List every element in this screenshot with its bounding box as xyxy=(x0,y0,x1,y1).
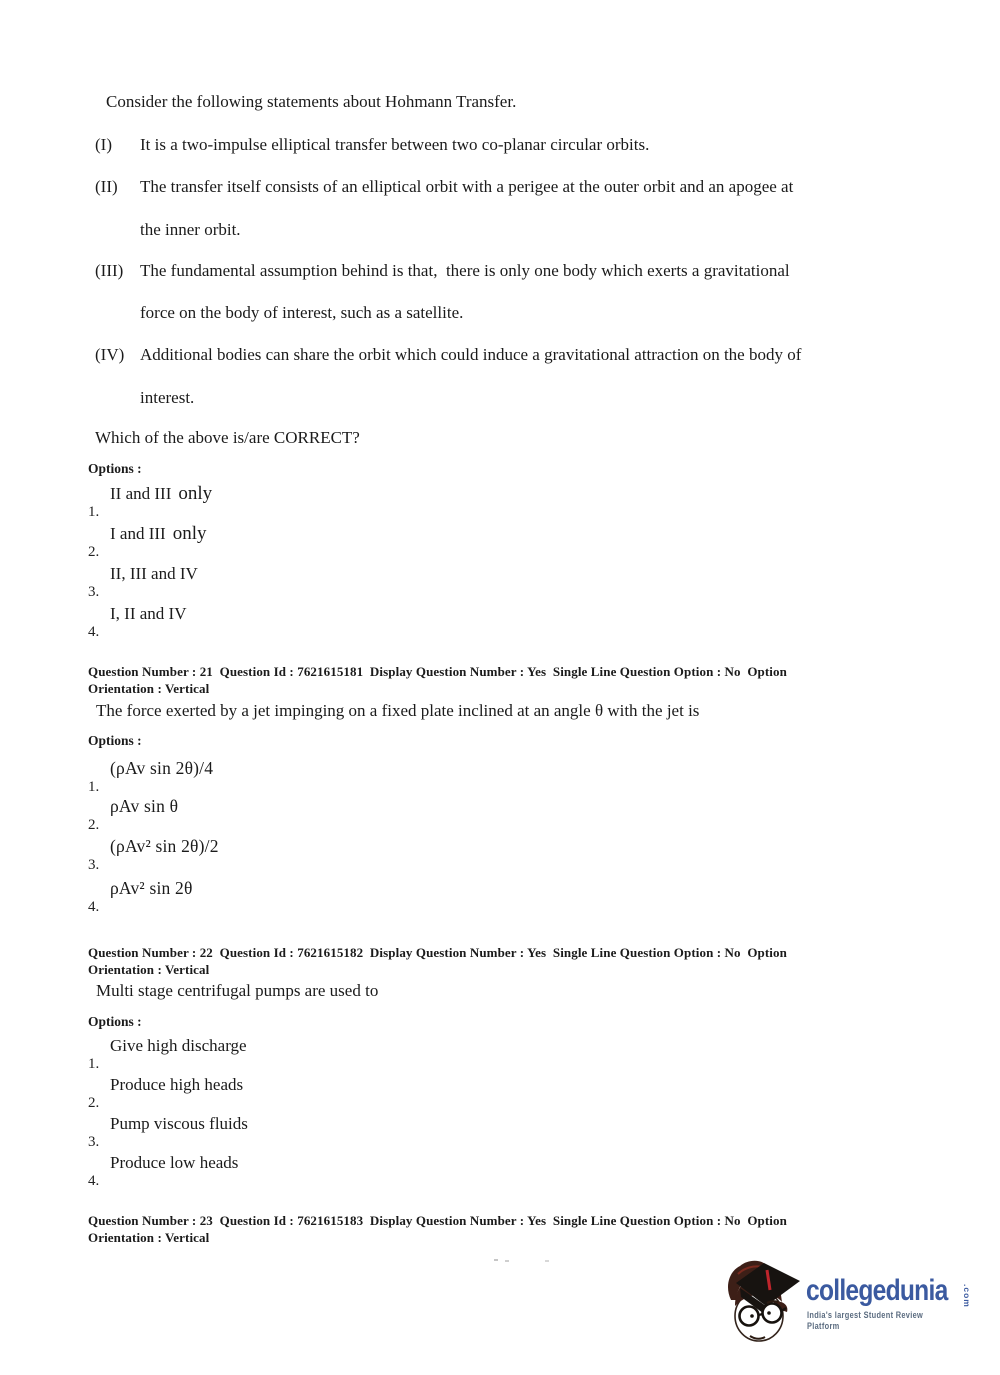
option-row: 3.Pump viscous fluids xyxy=(88,1114,248,1134)
option-row: 1.II and IIIonly xyxy=(88,483,212,505)
question-meta: Question Number : 22 Question Id : 76216… xyxy=(88,944,787,961)
collegedunia-mascot-icon xyxy=(726,1256,806,1351)
statement-line: force on the body of interest, such as a… xyxy=(140,303,463,323)
options-label: Options : xyxy=(88,1014,142,1030)
statement-line: It is a two-impulse elliptical transfer … xyxy=(140,135,649,155)
question-text: Multi stage centrifugal pumps are used t… xyxy=(96,981,378,1001)
option-text: Give high discharge xyxy=(110,1036,247,1055)
option-text: Produce low heads xyxy=(110,1153,238,1172)
statement-line: the inner orbit. xyxy=(140,220,241,240)
option-number: 1. xyxy=(88,504,110,521)
statement-line: The fundamental assumption behind is tha… xyxy=(140,261,790,281)
option-number: 3. xyxy=(88,1134,110,1151)
option-number: 1. xyxy=(88,1056,110,1073)
option-row: 4.Produce low heads xyxy=(88,1153,238,1173)
collegedunia-logo: collegedunia .com India's largest Studen… xyxy=(726,1256,986,1356)
option-number: 4. xyxy=(88,1173,110,1190)
option-text: I, II and IV xyxy=(110,604,186,623)
option-row: 1.Give high discharge xyxy=(88,1036,247,1056)
option-number: 2. xyxy=(88,544,110,561)
option-text: I and III xyxy=(110,524,166,543)
option-row: 1.(ρAv sin 2θ)/4 xyxy=(88,758,213,779)
option-number: 2. xyxy=(88,1095,110,1112)
option-row: 4.I, II and IV xyxy=(88,603,193,625)
statement-label-2: (II) xyxy=(95,177,118,197)
exam-paper-page: { "q20": { "intro": "Consider the follow… xyxy=(0,0,1000,1375)
option-row: 4.ρAv² sin 2θ xyxy=(88,878,193,899)
question-meta: Orientation : Vertical xyxy=(88,961,209,978)
scan-artifact xyxy=(494,1259,498,1261)
question-meta: Orientation : Vertical xyxy=(88,1229,209,1246)
collegedunia-tld: .com xyxy=(962,1284,972,1308)
question-meta: Question Number : 23 Question Id : 76216… xyxy=(88,1212,787,1229)
option-formula: (ρAv sin 2θ)/4 xyxy=(110,758,213,778)
option-text: II and III xyxy=(110,484,171,503)
statement-label-4: (IV) xyxy=(95,345,124,365)
option-number: 4. xyxy=(88,899,110,916)
option-text-emphasis: only xyxy=(178,483,212,504)
option-row: 2.I and IIIonly xyxy=(88,523,206,545)
statement-line: Additional bodies can share the orbit wh… xyxy=(140,345,801,365)
option-text-emphasis: only xyxy=(173,523,207,544)
option-number: 2. xyxy=(88,817,110,834)
statement-line: interest. xyxy=(140,388,194,408)
question-text: The force exerted by a jet impinging on … xyxy=(96,701,699,721)
option-number: 4. xyxy=(88,624,110,641)
option-formula: ρAv sin θ xyxy=(110,796,178,816)
option-text: II, III and IV xyxy=(110,564,198,583)
option-number: 3. xyxy=(88,584,110,601)
option-number: 1. xyxy=(88,779,110,796)
options-label: Options : xyxy=(88,733,142,749)
question-meta: Question Number : 21 Question Id : 76216… xyxy=(88,663,787,680)
question-meta: Orientation : Vertical xyxy=(88,680,209,697)
option-formula: ρAv² sin 2θ xyxy=(110,878,193,898)
question-intro: Consider the following statements about … xyxy=(106,92,516,112)
collegedunia-tagline: India's largest Student Review Platform xyxy=(807,1310,947,1332)
options-label: Options : xyxy=(88,461,142,477)
option-row: 3.II, III and IV xyxy=(88,563,205,585)
collegedunia-wordmark: collegedunia xyxy=(806,1274,948,1308)
option-number: 3. xyxy=(88,857,110,874)
statement-label-3: (III) xyxy=(95,261,123,281)
option-text: Produce high heads xyxy=(110,1075,243,1094)
option-row: 2.Produce high heads xyxy=(88,1075,243,1095)
option-text: Pump viscous fluids xyxy=(110,1114,248,1133)
question-text: Which of the above is/are CORRECT? xyxy=(95,428,360,448)
option-row: 2.ρAv sin θ xyxy=(88,796,178,817)
statement-label-1: (I) xyxy=(95,135,112,155)
statement-line: The transfer itself consists of an ellip… xyxy=(140,177,793,197)
option-formula: (ρAv² sin 2θ)/2 xyxy=(110,836,219,856)
option-row: 3.(ρAv² sin 2θ)/2 xyxy=(88,836,219,857)
